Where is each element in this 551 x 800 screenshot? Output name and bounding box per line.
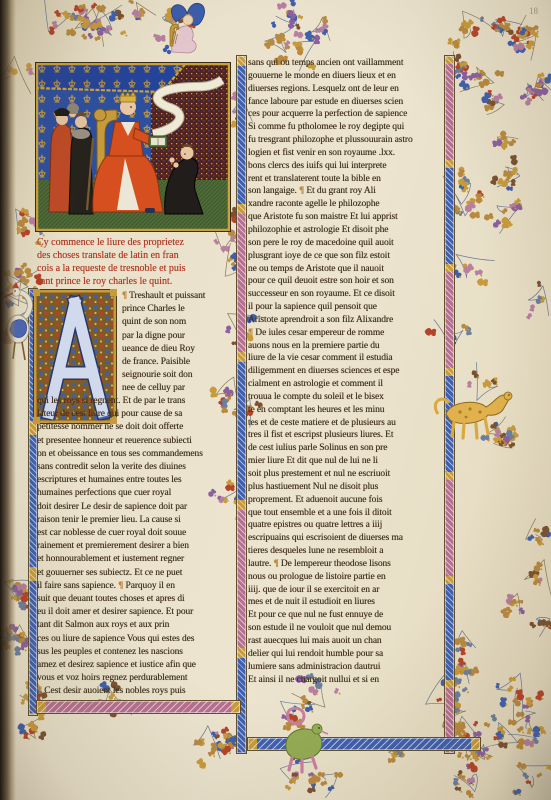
page-edge-shading bbox=[505, 690, 551, 800]
manuscript-text-line: par la digne pour bbox=[122, 330, 239, 343]
angel-harpist-figure bbox=[142, 0, 222, 56]
ivy-cluster bbox=[467, 362, 498, 400]
manuscript-text-line: raison tenir le premier lieu. La cause s… bbox=[37, 514, 239, 527]
rubric-line: cois a la requeste de tresnoble et puis bbox=[37, 263, 239, 276]
ivy-cluster bbox=[451, 656, 480, 688]
manuscript-text-line: iiij. que de iour il se exercitoit en ar bbox=[248, 584, 444, 597]
ivy-cluster bbox=[128, 0, 156, 20]
ivy-cluster bbox=[312, 16, 330, 41]
paraph-mark: ¶ bbox=[274, 559, 279, 569]
manuscript-text-line: te en comptant les heures et les minu bbox=[248, 404, 444, 417]
ivy-cluster bbox=[528, 617, 551, 637]
manuscript-text-line: nee de celluy par bbox=[122, 382, 239, 395]
manuscript-text-line: de france. Paisible bbox=[122, 356, 239, 369]
ivy-cluster bbox=[281, 694, 316, 731]
manuscript-text-line: cialment en astrologie et comment il bbox=[248, 378, 444, 391]
manuscript-text-line: rainement et premierement desirer a bien bbox=[37, 540, 239, 553]
manuscript-text-line: fu tresgrant philozophe et plussouurain … bbox=[248, 134, 444, 147]
ivy-cluster bbox=[69, 3, 90, 28]
manuscript-text-line: qui les roys si regnent. Et de par le tr… bbox=[37, 395, 239, 408]
manuscript-text-line: ¶ Cest desir auoient les nobles roys pui… bbox=[37, 685, 239, 698]
manuscript-text-line: humaines perfections que cuer royal bbox=[37, 487, 239, 500]
manuscript-text-line: Et pour ce que nul ne fust ennuye de bbox=[248, 609, 444, 622]
manuscript-text-line: il faire sans sapience. ¶ Parquoy il en bbox=[37, 580, 239, 593]
manuscript-text-line: et gouuerner ses subiectz. Et ce ne puet bbox=[37, 567, 239, 580]
right-column-text: sans qui ou temps ancien ont vaillamment… bbox=[248, 57, 444, 686]
manuscript-text-line: auons nous en la premiere partie du bbox=[248, 340, 444, 353]
paraph-mark: ¶ bbox=[122, 291, 127, 301]
ivy-cluster bbox=[526, 518, 551, 546]
ivy-cluster bbox=[500, 593, 526, 619]
manuscript-text-line: lateur de cest liure qui pour cause de s… bbox=[37, 408, 239, 421]
manuscript-text-line: et honnourablement et iustement regner bbox=[37, 553, 239, 566]
manuscript-text-line: soit plus prestement et nul ne escriuoit bbox=[248, 468, 444, 481]
manuscript-text-line: lumiere sans administracion dautrui bbox=[248, 661, 444, 674]
ivy-cluster bbox=[153, 6, 194, 43]
ivy-cluster bbox=[519, 84, 544, 107]
manuscript-text-line: ces ou liure de sapience Vous qui estes … bbox=[37, 633, 239, 646]
manuscript-text-line: bons clercs des iuifs qui lui interprete bbox=[248, 160, 444, 173]
manuscript-text-line: tieres desqueles lune ne resembloit a bbox=[248, 545, 444, 558]
manuscript-text-line: vous et voz hoirs regnez perdurablement bbox=[37, 672, 239, 685]
manuscript-text-line: de cest iulius parle Solinus en son pre bbox=[248, 442, 444, 455]
ivy-cluster bbox=[80, 5, 112, 32]
manuscript-text-line: que Aristote fu son maistre Et lui appri… bbox=[248, 211, 444, 224]
ivy-cluster bbox=[493, 431, 519, 449]
manuscript-text-line: eu il doit amer et desirer sapience. Et … bbox=[37, 606, 239, 619]
manuscript-text-line: quint de son nom bbox=[122, 316, 239, 329]
ivy-cluster bbox=[453, 631, 476, 656]
paraph-mark: ¶ bbox=[248, 328, 253, 338]
manuscript-text-line: rast auecques lui mais auoit un chan bbox=[248, 635, 444, 648]
manuscript-text-line: seignourie soit don bbox=[122, 369, 239, 382]
ivy-cluster bbox=[280, 753, 314, 791]
ivy-cluster bbox=[491, 15, 523, 47]
manuscript-text-line: ne ou temps de Aristote que il nauoit bbox=[248, 263, 444, 276]
manuscript-text-line: et presentee honneur et reuerence subiec… bbox=[37, 435, 239, 448]
rubric-line: des choses translate de latin en fran bbox=[37, 250, 239, 263]
manuscript-text-line: Et ainsi il ne chargoit nullui et si en bbox=[248, 674, 444, 687]
manuscript-text-line: petitesse nommer ne se doit doit offerte bbox=[37, 421, 239, 434]
manuscript-text-line: mes et de nuit il estudioit en liures bbox=[248, 596, 444, 609]
manuscript-text-line: trouua le compte du soleil et le bisex bbox=[248, 391, 444, 404]
manuscript-text-line: rent et translaterent toute la bible en bbox=[248, 173, 444, 186]
rubric-line: sant prince le roy charles le quint. bbox=[37, 276, 239, 289]
ivy-cluster bbox=[510, 26, 538, 60]
rubric: Cy commence le liure des proprietezdes c… bbox=[37, 237, 239, 289]
manuscript-text-line: ueance de dieu Roy bbox=[122, 343, 239, 356]
manuscript-text-line: ces pour acquerre la perfection de sapie… bbox=[248, 108, 444, 121]
manuscript-text-line: gouuerne le monde en diuers lieux et en bbox=[248, 70, 444, 83]
manuscript-text-line: tes et de ceste matiere et de plusieurs … bbox=[248, 417, 444, 430]
ivy-cluster bbox=[214, 726, 236, 753]
manuscript-text-line: Si comme fu ptholomee le roy degipte qui bbox=[248, 121, 444, 134]
manuscript-text-line: sus les peuples et contenez les nascions bbox=[37, 646, 239, 659]
manuscript-text-line: est car noblesse de cuer royal doit souu… bbox=[37, 527, 239, 540]
manuscript-text-line: que tout ensemble et a une fois il ditoi… bbox=[248, 507, 444, 520]
manuscript-text-line: sans contredit selon la verite des diuin… bbox=[37, 461, 239, 474]
ivy-cluster bbox=[533, 72, 551, 97]
ivy-cluster bbox=[194, 726, 221, 771]
ivy-cluster bbox=[480, 90, 504, 115]
paraph-mark: ¶ bbox=[118, 581, 123, 591]
ivy-cluster bbox=[492, 130, 519, 151]
manuscript-text-line: nous ou prologue de listoire partie en bbox=[248, 571, 444, 584]
ivy-cluster bbox=[447, 11, 497, 50]
ivy-cluster bbox=[67, 9, 113, 47]
manuscript-text-line: tres il fist et escripst plusieurs liure… bbox=[248, 429, 444, 442]
manuscript-text-line: amez et desirez sapience et iustice afin… bbox=[37, 659, 239, 672]
manuscript-text-line: delier qui lui rendoit humble pour sa bbox=[248, 648, 444, 661]
ivy-cluster bbox=[524, 560, 551, 601]
manuscript-text-line: prince Charles le bbox=[122, 303, 239, 316]
manuscript-text-line: proprement. Et aduenoit aucune fois bbox=[248, 494, 444, 507]
manuscript-text-line: xandre raconte agelle le philozophe bbox=[248, 198, 444, 211]
manuscript-text-line: plus hastiuement Nul ne disoit plus bbox=[248, 481, 444, 494]
presented-book bbox=[149, 136, 167, 147]
paraph-mark: ¶ bbox=[299, 186, 304, 196]
left-column-text: qui les roys si regnent. Et de par le tr… bbox=[37, 395, 239, 699]
manuscript-text-line: suit que deuant toutes choses et apres d… bbox=[37, 593, 239, 606]
manuscript-text-line: fance laboure par estude en diuerses sci… bbox=[248, 96, 444, 109]
border-bar-bottom-right bbox=[248, 738, 480, 750]
manuscript-text-line: quatre epistres ou quatre lettres a iiij bbox=[248, 519, 444, 532]
manuscript-text-line: escripuains qui escrisoient de diuerses … bbox=[248, 532, 444, 545]
manuscript-text-line: tant dit Salmon aux roys et aux prin bbox=[37, 619, 239, 632]
manuscript-text-line: doit desirer Le desir de sapience doit p… bbox=[37, 501, 239, 514]
manuscript-text-line: on et obeissance en tous ses commandemen… bbox=[37, 448, 239, 461]
ivy-cluster bbox=[490, 155, 520, 191]
manuscript-text-line: pour ce quil deuoit estre son hoir et so… bbox=[248, 275, 444, 288]
border-bar-bottom-left bbox=[37, 701, 240, 713]
manuscript-text-line: Aristote aprendroit a son filz Alixandre bbox=[248, 314, 444, 327]
ivy-cluster bbox=[164, 4, 196, 47]
ivy-cluster bbox=[44, 0, 77, 37]
ivy-cluster bbox=[276, 0, 304, 31]
manuscript-text-line: son estude il ne vouloit que nul demou bbox=[248, 622, 444, 635]
manuscript-text-line: son pere le roy de macedoine quil auoit bbox=[248, 237, 444, 250]
presentation-miniature bbox=[35, 62, 231, 232]
manuscript-text-line: diligemment en diuerses sciences et espe bbox=[248, 365, 444, 378]
ivy-cluster bbox=[515, 15, 540, 40]
manuscript-text-line: son langaige. ¶ Et du grant roy Ali bbox=[248, 185, 444, 198]
manuscript-text-line: liure de la vie cesar comment il estudia bbox=[248, 352, 444, 365]
binding-gutter-shadow bbox=[0, 0, 16, 800]
manuscript-text-line: lautre. ¶ De lempereur theodose lisons bbox=[248, 558, 444, 571]
left-column-narrow-text: ¶ Treshault et puissantprince Charles le… bbox=[122, 290, 239, 396]
ivy-cluster bbox=[480, 417, 517, 444]
manuscript-text-line: successeur en son royaume. Et ce disoit bbox=[248, 288, 444, 301]
ivy-cluster bbox=[453, 762, 478, 799]
ivy-cluster bbox=[526, 280, 549, 320]
paraph-mark: ¶ bbox=[37, 686, 42, 696]
ivy-cluster bbox=[306, 772, 343, 798]
ivy-cluster bbox=[455, 59, 505, 92]
manuscript-text-line: mier liure Et dit que nul de lui ne li bbox=[248, 455, 444, 468]
manuscript-text-line: diuerses regions. Lesquelz ont de leur e… bbox=[248, 83, 444, 96]
ivy-cluster bbox=[448, 255, 494, 287]
ivy-cluster bbox=[450, 193, 483, 219]
manuscript-text-line: il pour la sapience quil pensoit que bbox=[248, 301, 444, 314]
rubric-line: Cy commence le liure des proprietez bbox=[37, 237, 239, 250]
border-bar-right bbox=[445, 56, 454, 753]
manuscript-text-line: logien et fist venir en son royaume .lxx… bbox=[248, 147, 444, 160]
manuscript-text-line: philozophie et astrologie Et disoit phe bbox=[248, 224, 444, 237]
manuscript-text-line: ¶ Treshault et puissant bbox=[122, 290, 239, 303]
manuscript-page: Cy commence le liure des proprietezdes c… bbox=[0, 0, 551, 800]
manuscript-text-line: sans qui ou temps ancien ont vaillamment bbox=[248, 57, 444, 70]
manuscript-text-line: escriptures et humaines entre toutes les bbox=[37, 474, 239, 487]
ivy-cluster bbox=[87, 2, 128, 39]
folio-number: 18 bbox=[529, 6, 538, 16]
manuscript-text-line: ¶ De iules cesar empereur de romme bbox=[248, 327, 444, 340]
ivy-cluster bbox=[483, 198, 523, 234]
manuscript-text-line: plusgrant ioye de ce que son filz estoit bbox=[248, 250, 444, 263]
